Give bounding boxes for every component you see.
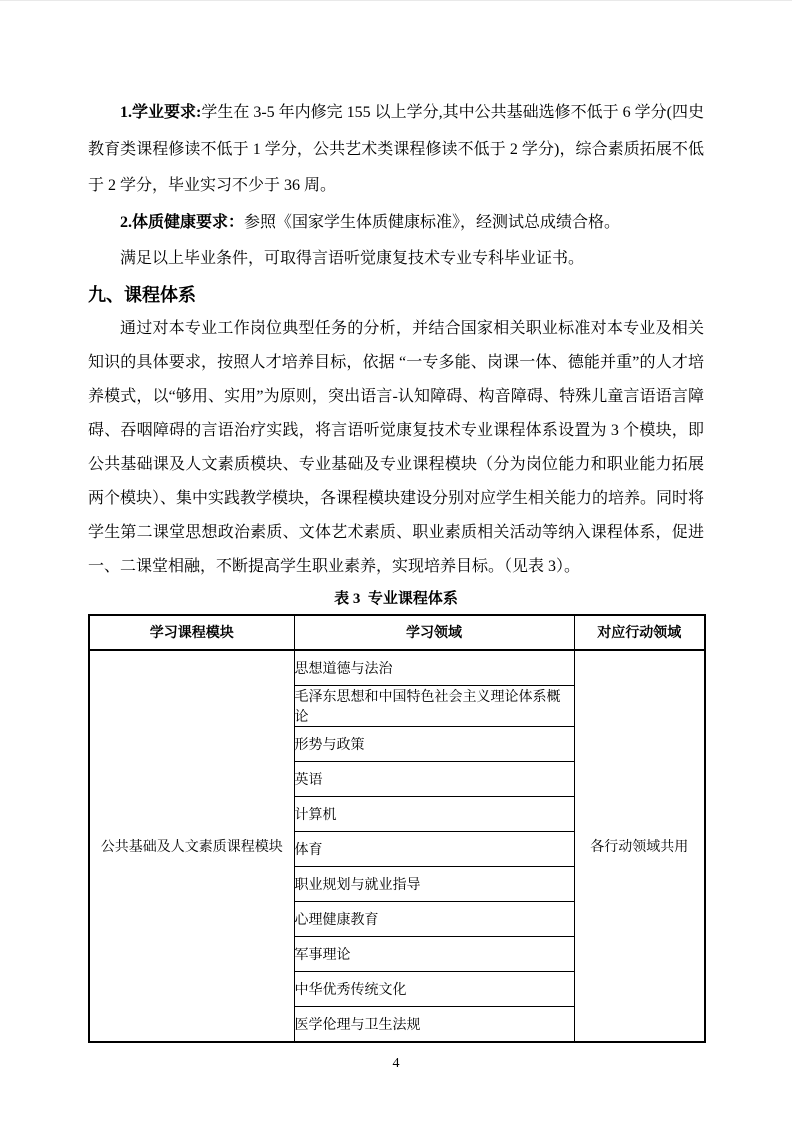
table-caption: 表 3 专业课程体系 — [88, 588, 704, 610]
paragraph-graduation-condition: 满足以上毕业条件，可取得言语听觉康复技术专业专科毕业证书。 — [88, 241, 704, 278]
table-row: 公共基础及人文素质课程模块 思想道德与法治 各行动领域共用 — [89, 650, 705, 686]
learning-area-cell: 形势与政策 — [294, 726, 574, 761]
health-requirements-text: 参照《国家学生体质健康标准》，经测试总成绩合格。 — [244, 214, 620, 231]
learning-area-cell: 中华优秀传统文化 — [294, 971, 574, 1006]
document-content: 1.学业要求:学生在 3-5 年内修完 155 以上学分,其中公共基础选修不低于… — [0, 1, 792, 1073]
learning-area-cell: 职业规划与就业指导 — [294, 866, 574, 901]
header-learning-area-column: 学习领域 — [294, 615, 574, 650]
table-header-row: 学习课程模块 学习领域 对应行动领域 — [89, 615, 705, 650]
learning-area-cell: 毛泽东思想和中国特色社会主义理论体系概论 — [294, 685, 574, 726]
paragraph-health-requirements: 2.体质健康要求：参照《国家学生体质健康标准》，经测试总成绩合格。 — [88, 205, 704, 242]
module-name-cell: 公共基础及人文素质课程模块 — [89, 650, 294, 1042]
paragraph-academic-requirements: 1.学业要求:学生在 3-5 年内修完 155 以上学分,其中公共基础选修不低于… — [88, 95, 704, 205]
learning-area-cell: 心理健康教育 — [294, 901, 574, 936]
paragraph-course-system: 通过对本专业工作岗位典型任务的分析，并结合国家相关职业标准对本专业及相关知识的具… — [88, 312, 704, 584]
curriculum-table: 学习课程模块 学习领域 对应行动领域 公共基础及人文素质课程模块 思想道德与法治… — [88, 614, 706, 1043]
learning-area-cell: 军事理论 — [294, 936, 574, 971]
academic-requirements-label: 1.学业要求: — [120, 104, 201, 121]
learning-area-cell: 计算机 — [294, 796, 574, 831]
header-module-column: 学习课程模块 — [89, 615, 294, 650]
learning-area-cell: 体育 — [294, 831, 574, 866]
learning-area-cell: 思想道德与法治 — [294, 650, 574, 686]
learning-area-cell: 英语 — [294, 761, 574, 796]
document-page: 1.学业要求:学生在 3-5 年内修完 155 以上学分,其中公共基础选修不低于… — [0, 0, 792, 1121]
page-number: 4 — [88, 1055, 704, 1073]
header-action-area-column: 对应行动领域 — [574, 615, 705, 650]
health-requirements-label: 2.体质健康要求： — [120, 214, 244, 231]
learning-area-cell: 医学伦理与卫生法规 — [294, 1006, 574, 1042]
section-heading-curriculum: 九、课程体系 — [88, 278, 704, 312]
action-area-cell: 各行动领域共用 — [574, 650, 705, 1042]
